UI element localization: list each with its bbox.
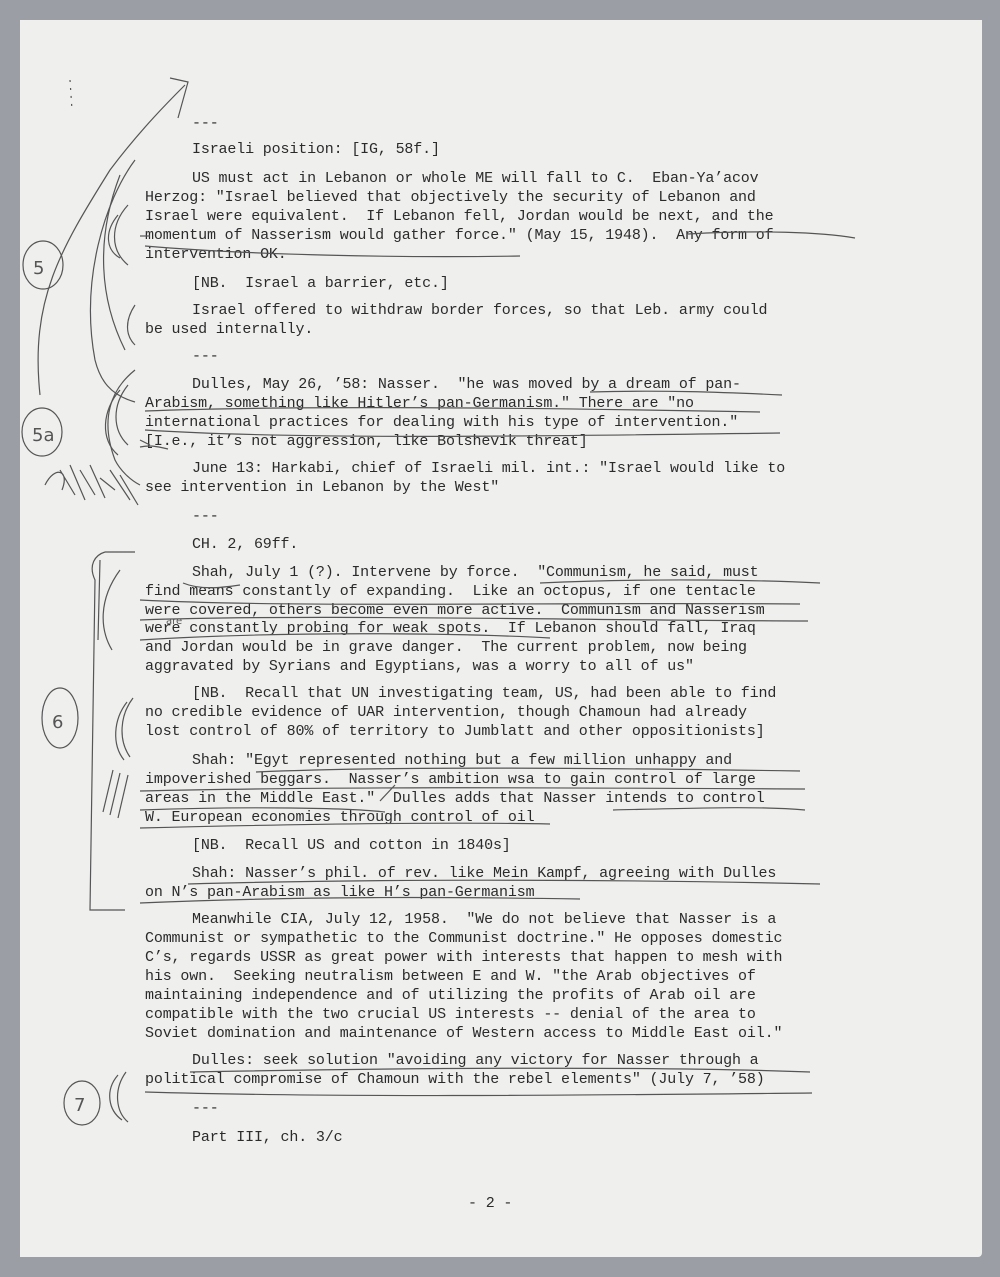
text-line: be used internally.: [145, 320, 313, 339]
text-line: US must act in Lebanon or whole ME will …: [192, 169, 759, 188]
text-line: Herzog: "Israel believed that objectivel…: [145, 188, 756, 207]
text-line: compatible with the two crucial US inter…: [145, 1005, 756, 1024]
text-line: political compromise of Chamoun with the…: [145, 1070, 765, 1089]
text-line: Part III, ch. 3/c: [192, 1128, 342, 1147]
text-line: and Jordan would be in grave danger. The…: [145, 638, 747, 657]
text-line: were constantly probing for weak spots. …: [145, 619, 756, 638]
text-line: Soviet domination and maintenance of Wes…: [145, 1024, 782, 1043]
text-line: Israeli position: [IG, 58f.]: [192, 140, 440, 159]
text-line: aggravated by Syrians and Egyptians, was…: [145, 657, 694, 676]
text-line: momentum of Nasserism would gather force…: [145, 226, 773, 245]
text-line: maintaining independence and of utilizin…: [145, 986, 756, 1005]
text-line: on N’s pan-Arabism as like H’s pan-Germa…: [145, 883, 534, 902]
text-line: find means constantly of expanding. Like…: [145, 582, 756, 601]
text-line: impoverished beggars. Nasser’s ambition …: [145, 770, 756, 789]
text-line: ---: [192, 507, 219, 526]
text-line: ---: [192, 347, 219, 366]
text-line: no credible evidence of UAR intervention…: [145, 703, 747, 722]
text-line: international practices for dealing with…: [145, 413, 738, 432]
text-line: Communist or sympathetic to the Communis…: [145, 929, 782, 948]
text-line: lost control of 80% of territory to Jumb…: [145, 722, 765, 741]
text-line: CH. 2, 69ff.: [192, 535, 298, 554]
text-line: ---: [192, 114, 219, 133]
text-line: Meanwhile CIA, July 12, 1958. "We do not…: [192, 910, 776, 929]
text-line: W. European economies through control of…: [145, 808, 534, 827]
text-line: [NB. Israel a barrier, etc.]: [192, 274, 449, 293]
text-line: were covered, others become even more ac…: [145, 601, 765, 620]
text-line: [I.e., it’s not aggression, like Bolshev…: [145, 432, 588, 451]
text-line: his own. Seeking neutralism between E an…: [145, 967, 756, 986]
text-line: Israel were equivalent. If Lebanon fell,…: [145, 207, 773, 226]
text-line: June 13: Harkabi, chief of Israeli mil. …: [192, 459, 785, 478]
text-line: intervention OK.: [145, 245, 287, 264]
text-line: see intervention in Lebanon by the West": [145, 478, 499, 497]
text-line: Arabism, something like Hitler’s pan-Ger…: [145, 394, 694, 413]
text-line: Shah: "Egyt represented nothing but a fe…: [192, 751, 732, 770]
text-line: Shah, July 1 (?). Intervene by force. "C…: [192, 563, 759, 582]
text-line: C’s, regards USSR as great power with in…: [145, 948, 782, 967]
text-line: areas in the Middle East." Dulles adds t…: [145, 789, 765, 808]
text-line: ---: [192, 1099, 219, 1118]
text-line: [NB. Recall US and cotton in 1840s]: [192, 836, 511, 855]
text-line: [NB. Recall that UN investigating team, …: [192, 684, 776, 703]
text-line: Shah: Nasser’s phil. of rev. like Mein K…: [192, 864, 776, 883]
text-line: Dulles: seek solution "avoiding any vict…: [192, 1051, 759, 1070]
text-line: Dulles, May 26, ’58: Nasser. "he was mov…: [192, 375, 741, 394]
page-number: - 2 -: [468, 1194, 512, 1213]
text-line: Israel offered to withdraw border forces…: [192, 301, 767, 320]
